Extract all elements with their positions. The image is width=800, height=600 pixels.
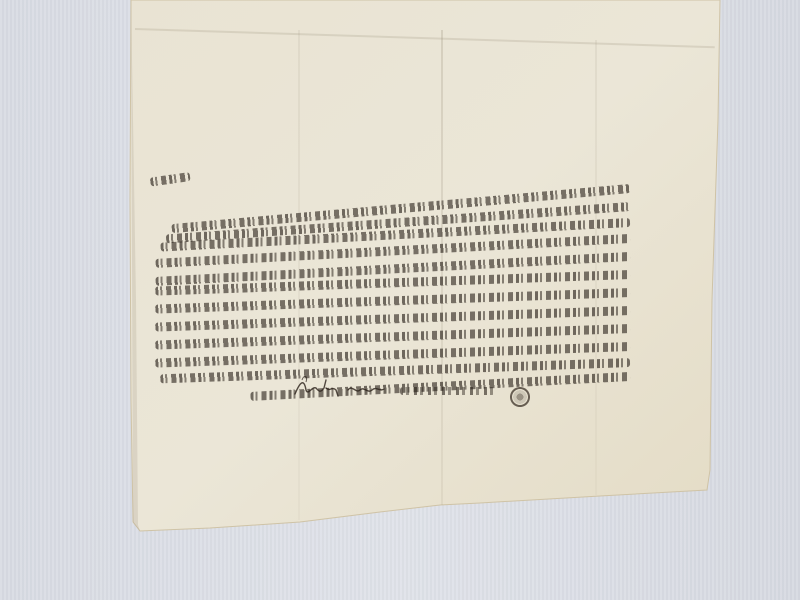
paper-shape [0,0,800,600]
closing-line: Closing line [400,387,495,395]
signature: Handwritten signature [290,372,390,402]
seal-stamp-icon: Circular ink seal [510,387,530,407]
signature-scribble-icon [290,372,390,402]
document-paper [0,0,800,600]
